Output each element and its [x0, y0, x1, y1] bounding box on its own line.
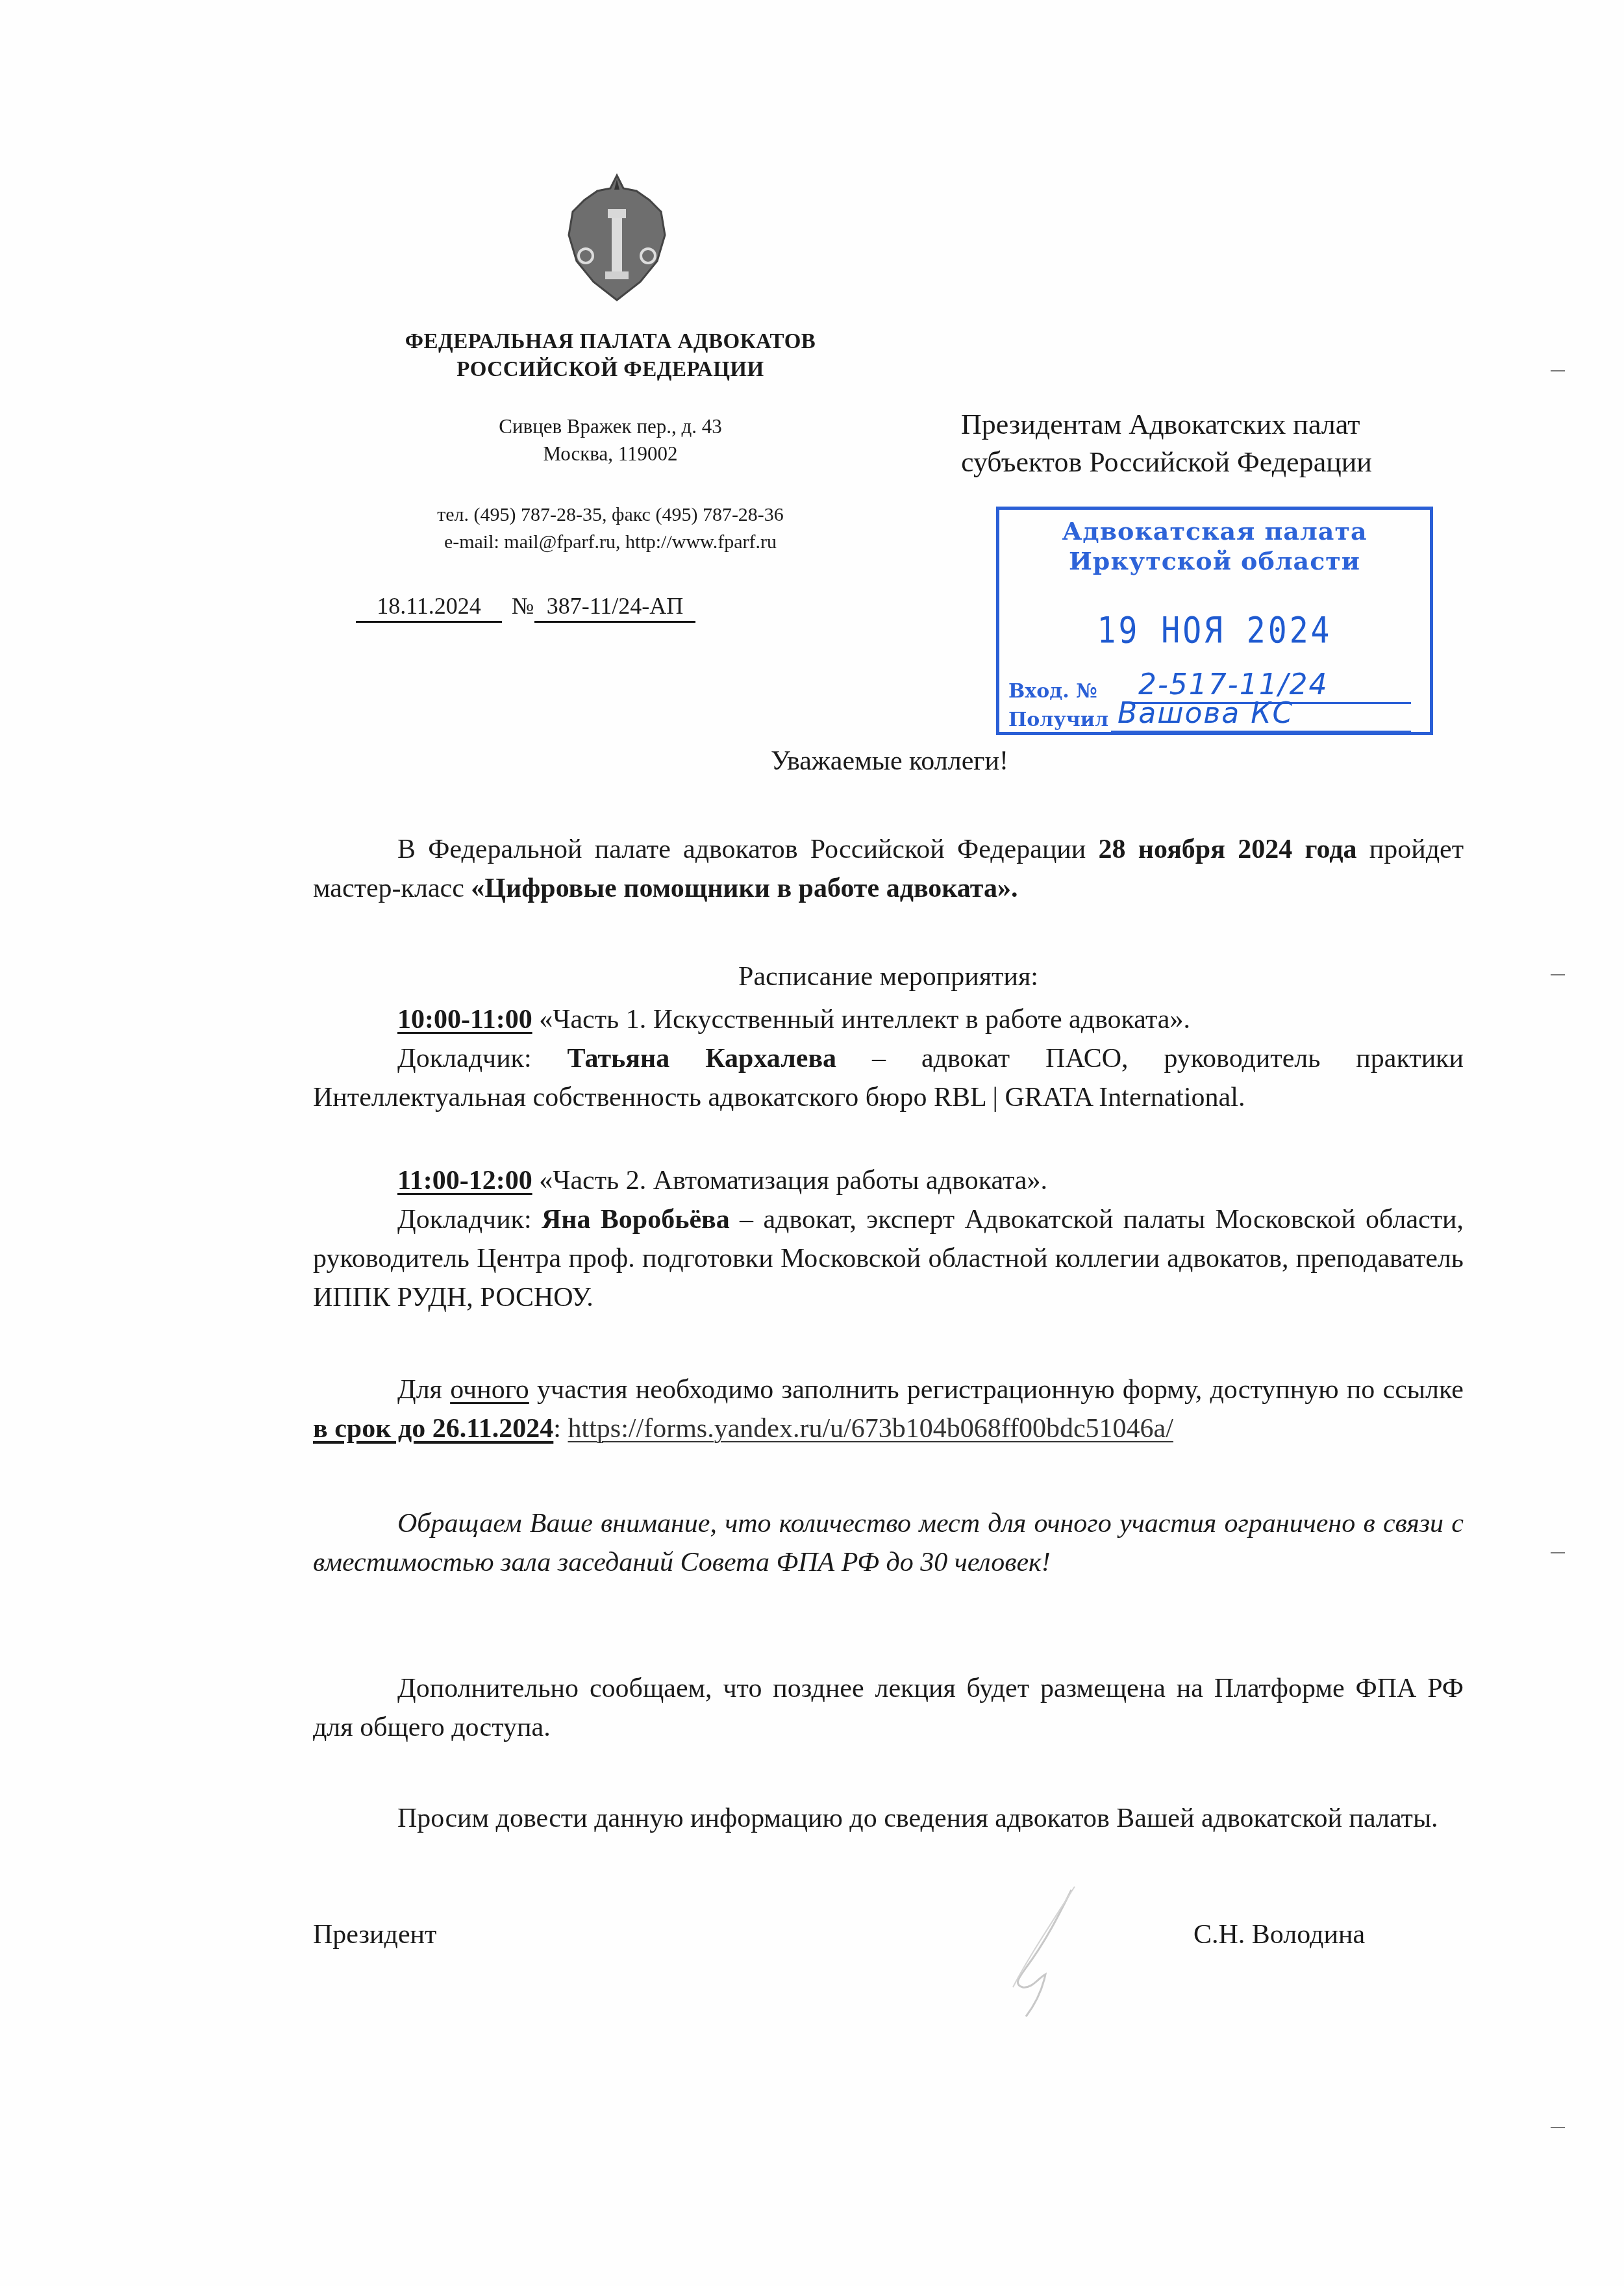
registration-paragraph: Для очного участия необходимо заполнить …	[313, 1370, 1464, 1448]
received-by-handwritten: Вашова КС	[1111, 699, 1411, 733]
intro-paragraph: В Федеральной палате адвокатов Российско…	[313, 830, 1464, 908]
incoming-registration-stamp: Адвокатская палата Иркутской области 19 …	[996, 507, 1433, 735]
fpa-coat-of-arms-icon	[560, 170, 674, 307]
in-person-emphasis: очного	[450, 1375, 529, 1405]
stamp-received-by: Получил Вашова КС	[1008, 709, 1108, 731]
outgoing-reference: 18.11.2024 № 387-11/24-АП	[356, 592, 869, 625]
margin-tick	[1551, 2127, 1565, 2128]
organization-contacts: тел. (495) 787-28-35, факс (495) 787-28-…	[351, 501, 870, 556]
margin-tick	[1551, 370, 1565, 371]
signatory-role: Президент	[313, 1919, 436, 1950]
salutation: Уважаемые коллеги!	[299, 746, 1480, 777]
email-website: e-mail: mail@fparf.ru, http://www.fparf.…	[351, 529, 870, 556]
session-time: 10:00-11:00	[397, 1005, 532, 1035]
additional-info-paragraph: Дополнительно сообщаем, что позднее лекц…	[313, 1669, 1464, 1747]
event-title: «Цифровые помощники в работе адвоката».	[471, 873, 1018, 903]
addressee: Президентам Адвокатских палат субъектов …	[961, 406, 1480, 481]
session-2: 11:00-12:00 «Часть 2. Автоматизация рабо…	[313, 1161, 1464, 1317]
speaker-name: Татьяна Кархалева	[568, 1044, 837, 1074]
event-date: 28 ноября 2024 года	[1099, 835, 1357, 864]
phone-fax: тел. (495) 787-28-35, факс (495) 787-28-…	[351, 501, 870, 529]
session-1: 10:00-11:00 «Часть 1. Искусственный инте…	[313, 1000, 1464, 1117]
margin-tick	[1551, 974, 1565, 975]
letter-page: ФЕДЕРАЛЬНАЯ ПАЛАТА АДВОКАТОВ РОССИЙСКОЙ …	[0, 0, 1624, 2286]
signatory-name: С.Н. Володина	[1193, 1919, 1365, 1950]
capacity-note: Обращаем Ваше внимание, что количество м…	[313, 1504, 1464, 1582]
registration-form-link[interactable]: https://forms.yandex.ru/u/673b104b068ff0…	[568, 1414, 1173, 1444]
registration-deadline: в срок до 26.11.2024	[313, 1414, 553, 1444]
stamp-date: 19 НОЯ 2024	[999, 610, 1430, 651]
stamp-incoming-number: Вход. № 2-517-11/24	[1008, 680, 1097, 703]
organization-address: Сивцев Вражек пер., д. 43 Москва, 119002	[351, 413, 870, 468]
signature-icon	[974, 1870, 1091, 2020]
outgoing-number: 387-11/24-АП	[534, 592, 695, 623]
outgoing-date: 18.11.2024	[356, 592, 502, 623]
session-title: «Часть 2. Автоматизация работы адвоката»…	[532, 1166, 1047, 1196]
number-sign: №	[512, 592, 534, 620]
request-paragraph: Просим довести данную информацию до свед…	[313, 1799, 1464, 1838]
speaker-name: Яна Воробьёва	[542, 1205, 730, 1235]
session-title: «Часть 1. Искусственный интеллект в рабо…	[532, 1005, 1190, 1035]
stamp-organization: Адвокатская палата Иркутской области	[999, 516, 1430, 576]
session-time: 11:00-12:00	[397, 1166, 532, 1196]
schedule-title: Расписание мероприятия:	[313, 961, 1464, 992]
margin-tick	[1551, 1552, 1565, 1553]
organization-name: ФЕДЕРАЛЬНАЯ ПАЛАТА АДВОКАТОВ РОССИЙСКОЙ …	[351, 328, 870, 384]
